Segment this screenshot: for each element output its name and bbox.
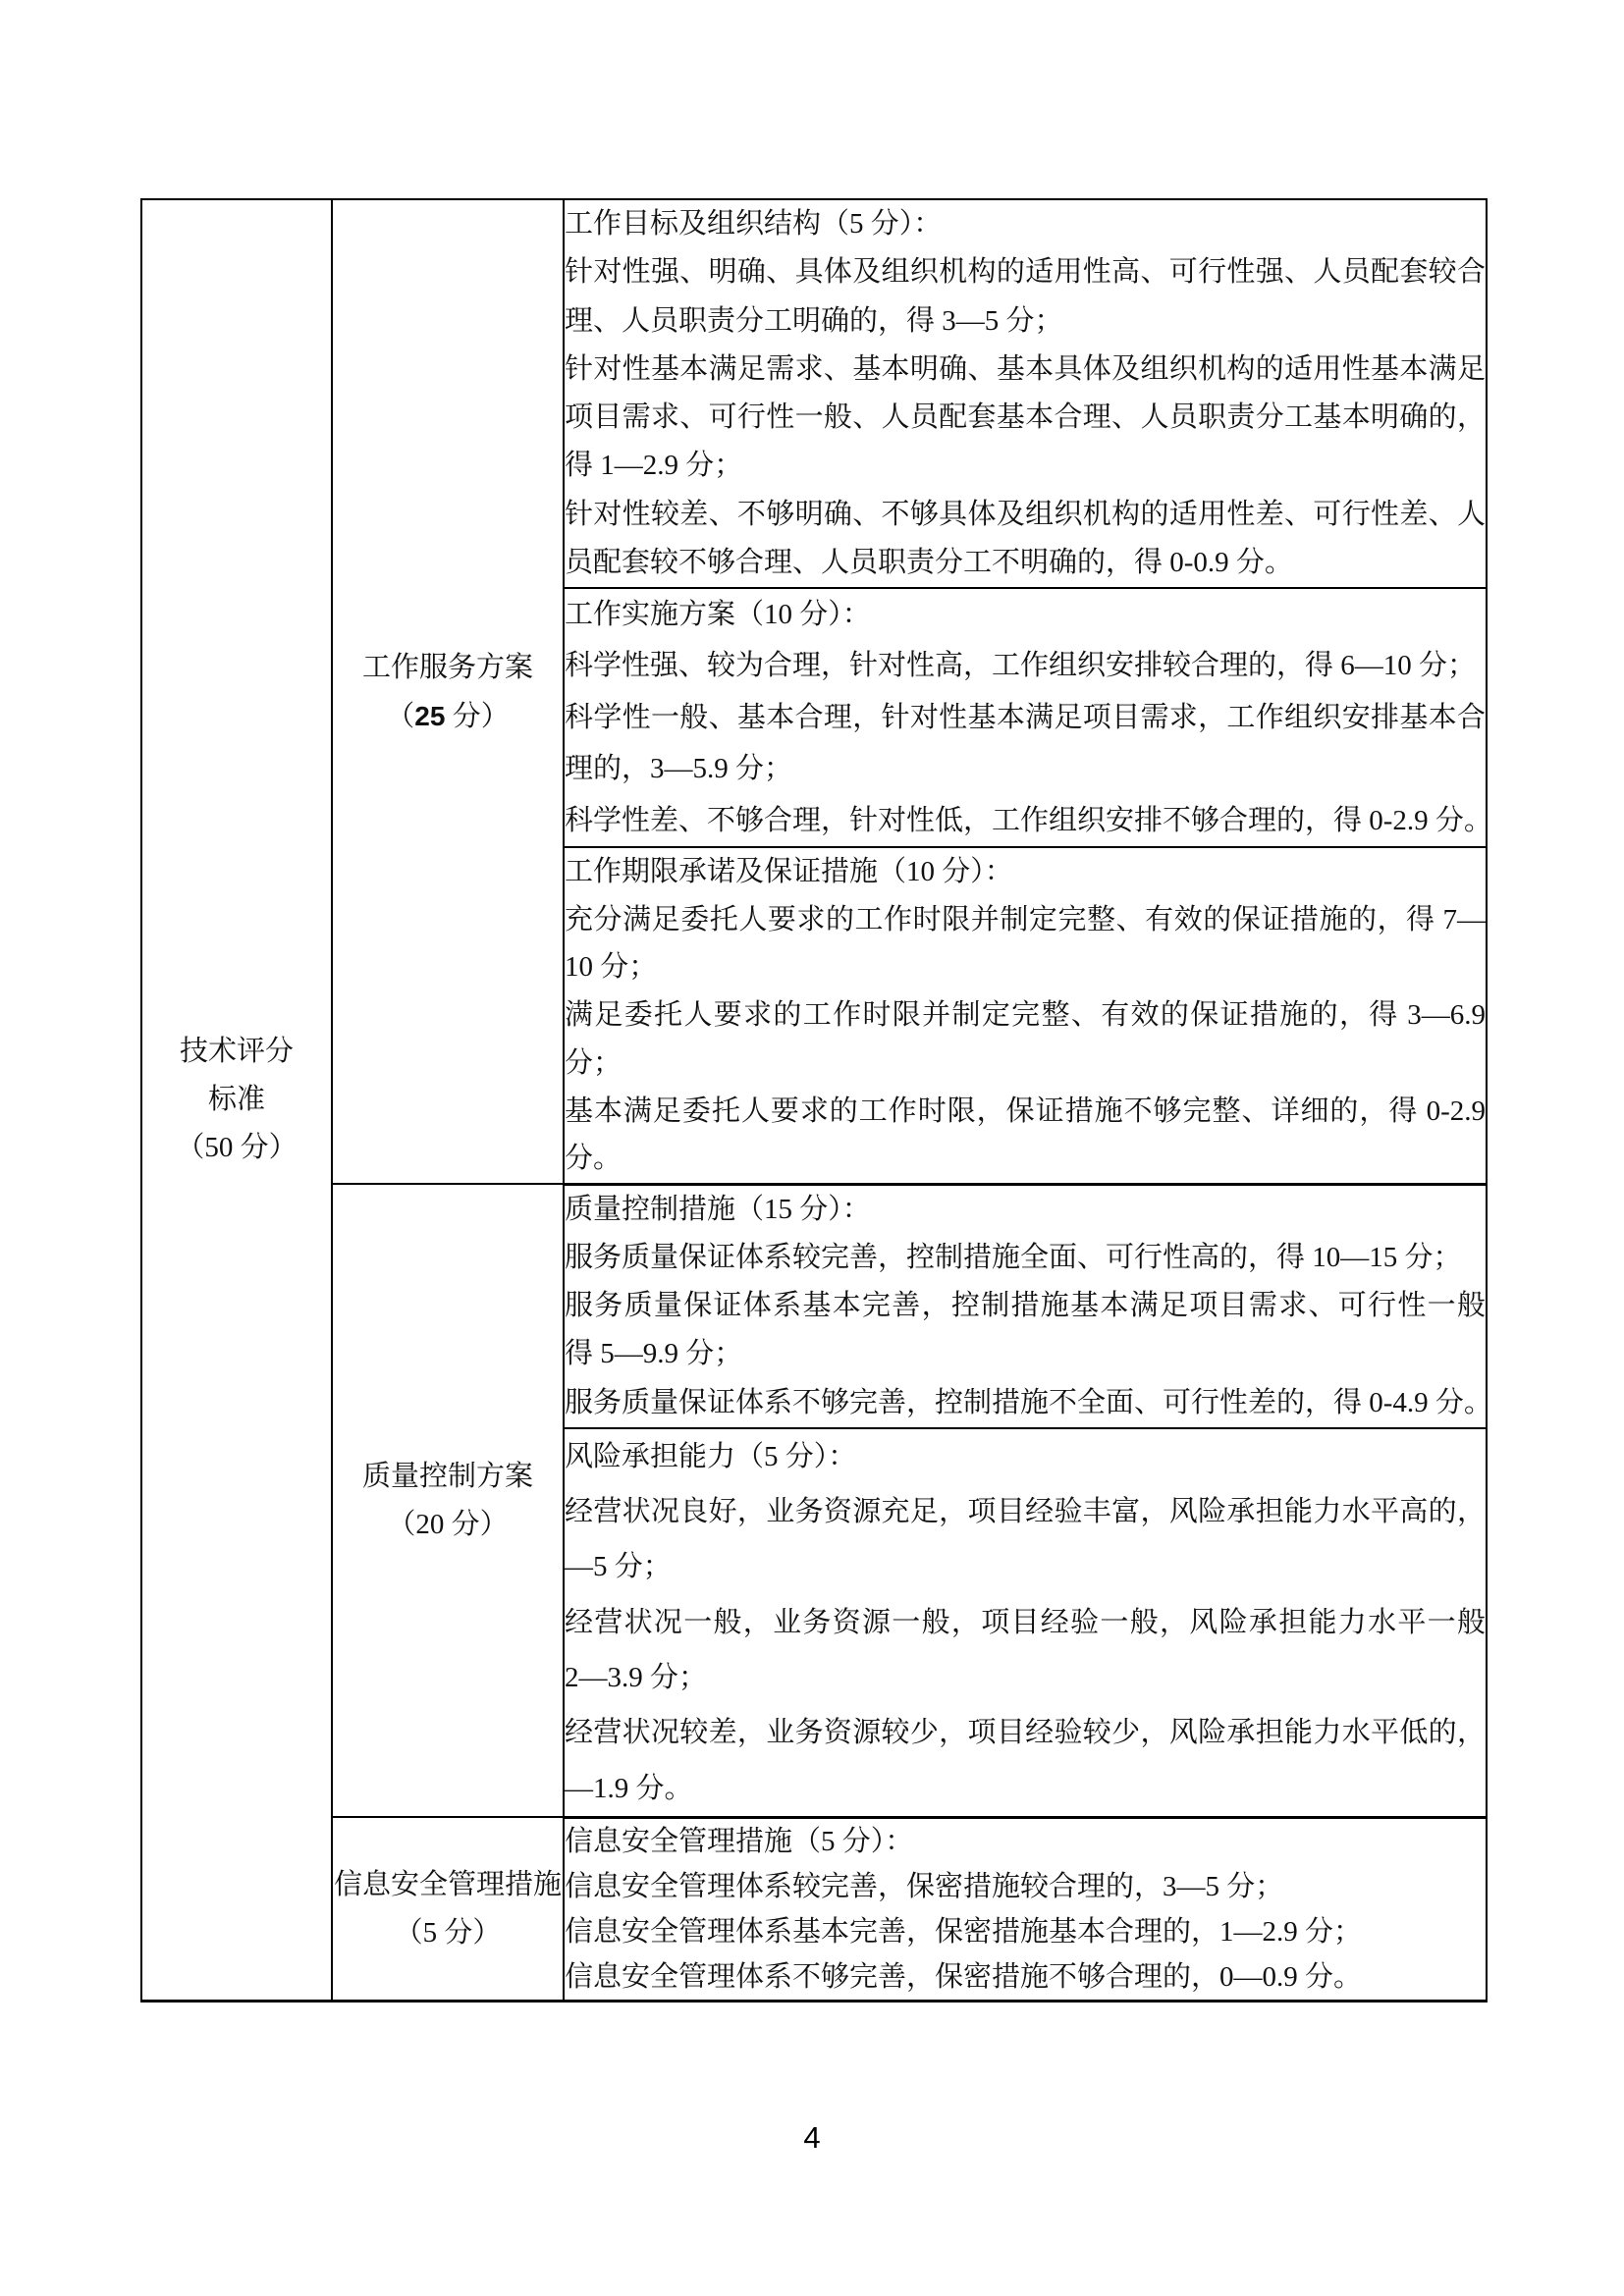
cell-plan-work-service: 工作服务方案 （25 分） <box>332 199 564 1184</box>
criteria-line: 充分满足委托人要求的工作时限并制定完整、有效的保证措施的，得 7— <box>565 896 1486 944</box>
category-label-line1: 技术评分 <box>142 1028 331 1076</box>
row-work-goal: 技术评分 标准 （50 分） 工作服务方案 （25 分） 工作目标及组织结构（5… <box>141 199 1487 588</box>
criteria-line: 信息安全管理体系基本完善，保密措施基本合理的，1—2.9 分； <box>565 1909 1486 1954</box>
criteria-line: 科学性一般、基本合理，针对性基本满足项目需求，工作组织安排基本合 <box>565 692 1486 743</box>
criteria-line: 工作实施方案（10 分）： <box>565 589 1486 640</box>
criteria-line: 得 1—2.9 分； <box>565 442 1486 490</box>
criteria-line: 信息安全管理体系不够完善，保密措施不够合理的，0—0.9 分。 <box>565 1954 1486 2000</box>
cell-criteria-work-goal: 工作目标及组织结构（5 分）：针对性强、明确、具体及组织机构的适用性高、可行性强… <box>564 199 1487 588</box>
plan-name: 信息安全管理措施 <box>333 1861 563 1909</box>
criteria-line: 服务质量保证体系较完善，控制措施全面、可行性高的，得 10—15 分； <box>565 1234 1486 1282</box>
criteria-line: 项目需求、可行性一般、人员配套基本合理、人员职责分工基本明确的， <box>565 394 1486 442</box>
criteria-line: 经营状况一般，业务资源一般，项目经验一般，风险承担能力水平一般的， <box>565 1595 1486 1650</box>
criteria-line: —1.9 分。 <box>565 1761 1486 1816</box>
cell-criteria-work-implementation: 工作实施方案（10 分）：科学性强、较为合理，针对性高，工作组织安排较合理的，得… <box>564 588 1487 847</box>
criteria-line: 风险承担能力（5 分）： <box>565 1429 1486 1484</box>
cell-criteria-work-deadline: 工作期限承诺及保证措施（10 分）：充分满足委托人要求的工作时限并制定完整、有效… <box>564 847 1487 1184</box>
criteria-line: 满足委托人要求的工作时限并制定完整、有效的保证措施的，得 3—6.9 <box>565 991 1486 1040</box>
category-label-line2: 标准 <box>142 1076 331 1124</box>
criteria-line: 工作目标及组织结构（5 分）： <box>565 200 1486 248</box>
plan-name: 工作服务方案 <box>333 644 563 692</box>
cell-category-tech-score: 技术评分 标准 （50 分） <box>141 199 332 2001</box>
criteria-line: 服务质量保证体系基本完善，控制措施基本满足项目需求、可行性一般的， <box>565 1282 1486 1330</box>
criteria-line: 理、人员职责分工明确的，得 3—5 分； <box>565 297 1486 346</box>
criteria-line: 经营状况良好，业务资源充足，项目经验丰富，风险承担能力水平高的，4 <box>565 1484 1486 1539</box>
plan-score-label: （20 分） <box>333 1501 563 1549</box>
cell-plan-quality-control: 质量控制方案 （20 分） <box>332 1184 564 1817</box>
criteria-line: 10 分； <box>565 943 1486 991</box>
criteria-line: 分； <box>565 1040 1486 1088</box>
plan-name: 质量控制方案 <box>333 1453 563 1501</box>
plan-score-label: （5 分） <box>333 1909 563 1957</box>
criteria-line: 2—3.9 分； <box>565 1650 1486 1705</box>
criteria-line: 得 5—9.9 分； <box>565 1330 1486 1378</box>
criteria-line: 信息安全管理体系较完善，保密措施较合理的，3—5 分； <box>565 1864 1486 1909</box>
criteria-line: 经营状况较差，业务资源较少，项目经验较少，风险承担能力水平低的，0 <box>565 1705 1486 1760</box>
scoring-table: 技术评分 标准 （50 分） 工作服务方案 （25 分） 工作目标及组织结构（5… <box>140 198 1488 2002</box>
cell-criteria-risk-capacity: 风险承担能力（5 分）：经营状况良好，业务资源充足，项目经验丰富，风险承担能力水… <box>564 1428 1487 1817</box>
criteria-line: 服务质量保证体系不够完善，控制措施不全面、可行性差的，得 0-4.9 分。 <box>565 1379 1486 1427</box>
cell-plan-info-security: 信息安全管理措施 （5 分） <box>332 1817 564 2001</box>
row-info-security: 信息安全管理措施 （5 分） 信息安全管理措施（5 分）：信息安全管理体系较完善… <box>141 1817 1487 2001</box>
criteria-line: 针对性较差、不够明确、不够具体及组织机构的适用性差、可行性差、人 <box>565 491 1486 539</box>
category-score-label: （50 分） <box>142 1124 331 1172</box>
criteria-line: 理的，3—5.9 分； <box>565 743 1486 794</box>
criteria-line: 科学性差、不够合理，针对性低，工作组织安排不够合理的，得 0-2.9 分。 <box>565 795 1486 846</box>
criteria-line: —5 分； <box>565 1539 1486 1594</box>
criteria-line: 针对性基本满足需求、基本明确、基本具体及组织机构的适用性基本满足 <box>565 346 1486 394</box>
row-quality-control: 质量控制方案 （20 分） 质量控制措施（15 分）：服务质量保证体系较完善，控… <box>141 1184 1487 1427</box>
criteria-line: 针对性强、明确、具体及组织机构的适用性高、可行性强、人员配套较合 <box>565 248 1486 296</box>
criteria-line: 信息安全管理措施（5 分）： <box>565 1819 1486 1864</box>
cell-criteria-info-security: 信息安全管理措施（5 分）：信息安全管理体系较完善，保密措施较合理的，3—5 分… <box>564 1817 1487 2001</box>
criteria-line: 基本满足委托人要求的工作时限，保证措施不够完整、详细的，得 0-2.9 <box>565 1088 1486 1136</box>
criteria-line: 工作期限承诺及保证措施（10 分）： <box>565 848 1486 896</box>
criteria-line: 科学性强、较为合理，针对性高，工作组织安排较合理的，得 6—10 分； <box>565 640 1486 691</box>
document-page: 技术评分 标准 （50 分） 工作服务方案 （25 分） 工作目标及组织结构（5… <box>0 0 1624 2296</box>
cell-criteria-quality-control: 质量控制措施（15 分）：服务质量保证体系较完善，控制措施全面、可行性高的，得 … <box>564 1184 1487 1427</box>
criteria-line: 质量控制措施（15 分）： <box>565 1186 1486 1234</box>
criteria-line: 分。 <box>565 1135 1486 1183</box>
criteria-line: 员配套较不够合理、人员职责分工不明确的，得 0-0.9 分。 <box>565 539 1486 587</box>
plan-score-label: （25 分） <box>333 692 563 740</box>
page-number: 4 <box>0 2120 1624 2156</box>
